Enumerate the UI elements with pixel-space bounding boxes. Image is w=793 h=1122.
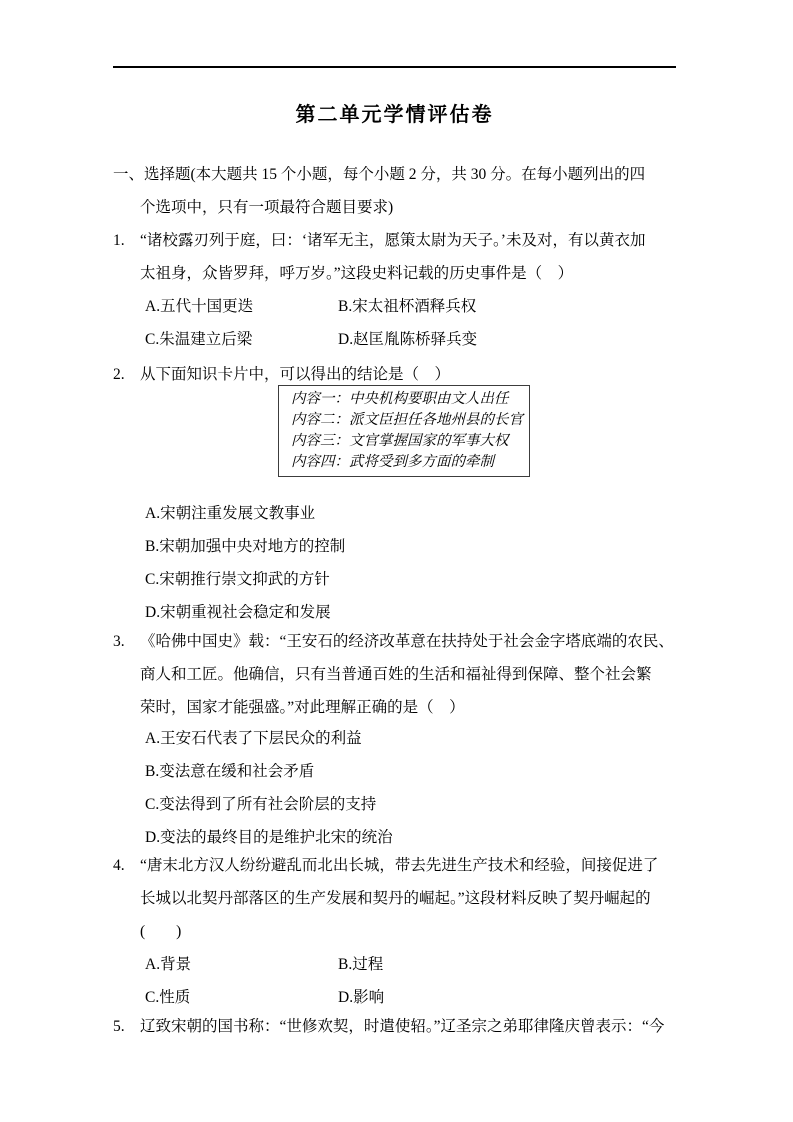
question-1-option-b: B.宋太祖杯酒释兵权 bbox=[338, 298, 476, 315]
section-heading-line-2: 个选项中，只有一项最符合题目要求) bbox=[113, 191, 676, 224]
question-4-option-a: A.背景 bbox=[145, 948, 338, 981]
exam-page: 第二单元学情评估卷 一、选择题(本大题共 15 个小题，每个小题 2 分，共 3… bbox=[113, 0, 676, 1043]
question-4-stem-line-1: 4.“唐末北方汉人纷纷避乱而北出长城，带去先进生产技术和经验，间接促进了 bbox=[113, 849, 676, 882]
question-3-stem-text: 《哈佛中国史》载：“王安石的经济改革意在扶持处于社会金字塔底端的农民、 bbox=[140, 633, 674, 650]
question-2: 2.从下面知识卡片中，可以得出的结论是（ ） 内容一：中央机构要职由文人出任 内… bbox=[113, 358, 676, 629]
question-2-option-a: A.宋朝注重发展文教事业 bbox=[113, 497, 676, 530]
question-1-option-c: C.朱温建立后梁 bbox=[145, 323, 338, 356]
question-1-options-row-2: C.朱温建立后梁D.赵匡胤陈桥驿兵变 bbox=[113, 323, 676, 356]
question-2-option-b: B.宋朝加强中央对地方的控制 bbox=[113, 530, 676, 563]
question-3-stem-line-2: 商人和工匠。他确信，只有当普通百姓的生活和福祉得到保障、整个社会繁 bbox=[113, 658, 676, 691]
question-2-options: A.宋朝注重发展文教事业 B.宋朝加强中央对地方的控制 C.宋朝推行崇文抑武的方… bbox=[113, 497, 676, 629]
question-3-stem-line-3: 荣时，国家才能强盛。”对此理解正确的是（ ） bbox=[113, 691, 676, 724]
question-5: 5.辽致宋朝的国书称：“世修欢契，时遣使轺。”辽圣宗之弟耶律隆庆曾表示：“今 bbox=[113, 1010, 676, 1043]
question-5-stem-line-1: 5.辽致宋朝的国书称：“世修欢契，时遣使轺。”辽圣宗之弟耶律隆庆曾表示：“今 bbox=[113, 1010, 676, 1043]
question-4-option-d: D.影响 bbox=[338, 989, 384, 1006]
question-3-option-a: A.王安石代表了下层民众的利益 bbox=[113, 722, 676, 755]
section-heading-line-1: 一、选择题(本大题共 15 个小题，每个小题 2 分，共 30 分。在每小题列出… bbox=[113, 158, 676, 191]
question-1-option-d: D.赵匡胤陈桥驿兵变 bbox=[338, 331, 477, 348]
question-4-stem-line-3: ( ) bbox=[113, 915, 676, 948]
knowledge-card-line-4: 内容四：武将受到多方面的牵制 bbox=[291, 452, 517, 473]
question-2-stem-text: 从下面知识卡片中，可以得出的结论是（ ） bbox=[140, 366, 450, 383]
question-1: 1.“诸校露刃列于庭，曰：‘诸军无主，愿策太尉为天子。’未及对，有以黄衣加 太祖… bbox=[113, 224, 676, 356]
question-1-number: 1. bbox=[113, 224, 140, 257]
knowledge-card: 内容一：中央机构要职由文人出任 内容二：派文臣担任各地州县的长官 内容三：文官掌… bbox=[278, 385, 530, 477]
knowledge-card-line-3: 内容三：文官掌握国家的军事大权 bbox=[291, 431, 517, 452]
question-3: 3.《哈佛中国史》载：“王安石的经济改革意在扶持处于社会金字塔底端的农民、 商人… bbox=[113, 625, 676, 854]
question-4-stem-text: “唐末北方汉人纷纷避乱而北出长城，带去先进生产技术和经验，间接促进了 bbox=[140, 857, 658, 874]
question-3-stem-line-1: 3.《哈佛中国史》载：“王安石的经济改革意在扶持处于社会金字塔底端的农民、 bbox=[113, 625, 676, 658]
top-rule-divider bbox=[113, 66, 676, 68]
question-3-option-c: C.变法得到了所有社会阶层的支持 bbox=[113, 788, 676, 821]
question-1-stem-line-2: 太祖身，众皆罗拜，呼万岁。”这段史料记载的历史事件是（ ） bbox=[113, 257, 676, 290]
question-1-stem-text: “诸校露刃列于庭，曰：‘诸军无主，愿策太尉为天子。’未及对，有以黄衣加 bbox=[140, 232, 645, 249]
question-2-stem-line-1: 2.从下面知识卡片中，可以得出的结论是（ ） bbox=[113, 358, 676, 391]
question-2-number: 2. bbox=[113, 358, 140, 391]
question-4: 4.“唐末北方汉人纷纷避乱而北出长城，带去先进生产技术和经验，间接促进了 长城以… bbox=[113, 849, 676, 1014]
knowledge-card-line-1: 内容一：中央机构要职由文人出任 bbox=[291, 389, 517, 410]
question-1-options-row-1: A.五代十国更迭B.宋太祖杯酒释兵权 bbox=[113, 290, 676, 323]
question-3-options: A.王安石代表了下层民众的利益 B.变法意在缓和社会矛盾 C.变法得到了所有社会… bbox=[113, 722, 676, 854]
question-3-number: 3. bbox=[113, 625, 140, 658]
question-1-option-a: A.五代十国更迭 bbox=[145, 290, 338, 323]
question-4-option-b: B.过程 bbox=[338, 956, 383, 973]
question-2-option-c: C.宋朝推行崇文抑武的方针 bbox=[113, 563, 676, 596]
question-5-number: 5. bbox=[113, 1010, 140, 1043]
question-1-stem-line-1: 1.“诸校露刃列于庭，曰：‘诸军无主，愿策太尉为天子。’未及对，有以黄衣加 bbox=[113, 224, 676, 257]
question-3-option-b: B.变法意在缓和社会矛盾 bbox=[113, 755, 676, 788]
question-5-stem-text: 辽致宋朝的国书称：“世修欢契，时遣使轺。”辽圣宗之弟耶律隆庆曾表示：“今 bbox=[140, 1018, 664, 1035]
page-title: 第二单元学情评估卷 bbox=[113, 102, 676, 128]
knowledge-card-line-2: 内容二：派文臣担任各地州县的长官 bbox=[291, 410, 517, 431]
question-4-number: 4. bbox=[113, 849, 140, 882]
question-4-stem-line-2: 长城以北契丹部落区的生产发展和契丹的崛起。”这段材料反映了契丹崛起的 bbox=[113, 882, 676, 915]
question-4-options-row-1: A.背景B.过程 bbox=[113, 948, 676, 981]
section-heading: 一、选择题(本大题共 15 个小题，每个小题 2 分，共 30 分。在每小题列出… bbox=[113, 158, 676, 224]
